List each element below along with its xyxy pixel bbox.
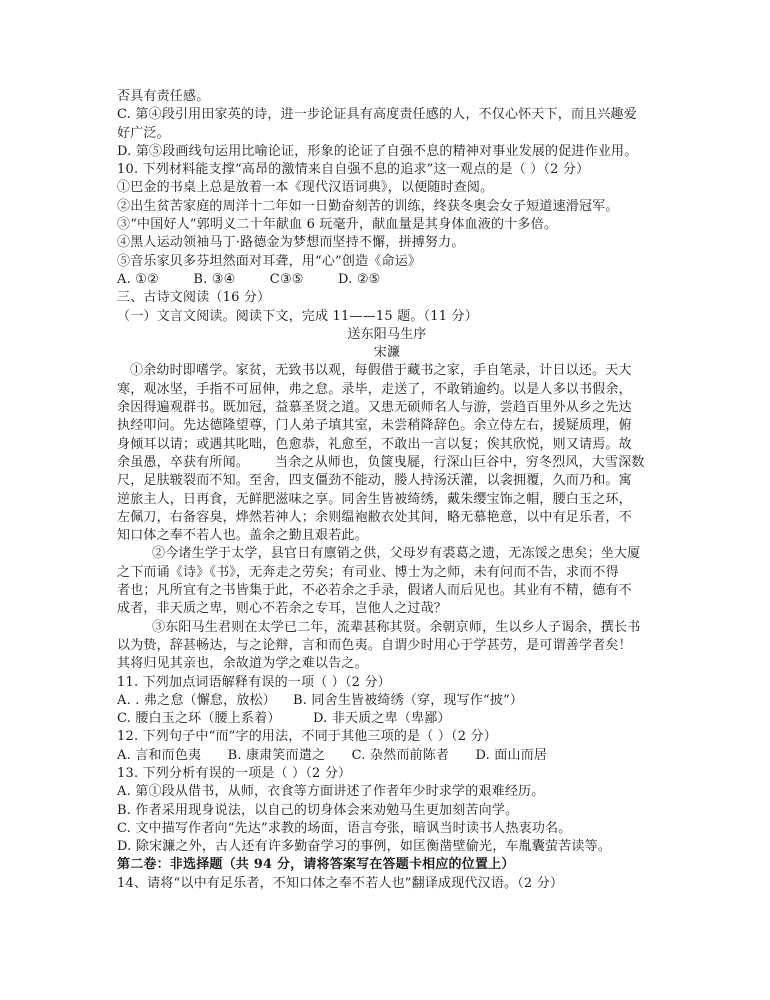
para1-line: 寒，观冰坚，手指不可屈伸，弗之怠。录毕，走送了，不敢销逾约。以是人多以书假余， — [117, 381, 657, 399]
q10-item-1: ①巴金的书桌上总是放着一本《现代汉语词典》，以便随时查阅。 — [117, 179, 657, 197]
q13-option-c: C. 文中描写作者向“先达”求教的场面，语言夸张，暗讽当时读书人热衷功名。 — [117, 820, 657, 838]
para1-line: 余因得遍观群书。既加冠，益慕圣贤之道。又患无硕师名人与游，尝趋百里外从乡之先达 — [117, 399, 657, 417]
q13-option-d: D. 除宋濂之外，古人还有许多勤奋学习的事例，如匡衡凿壁偷光，车胤囊萤苦读等。 — [117, 838, 657, 856]
q12-stem: 12. 下列句子中“而”字的用法，不同于其他三项的是（ ）（2 分） — [117, 728, 657, 746]
para2-line: ②今诸生学于太学，县官日有廪销之供，父母岁有裘葛之遗，无冻馁之患矣；坐大厦 — [117, 545, 657, 563]
q13-stem: 13. 下列分析有误的一项是（ ）（2 分） — [117, 765, 657, 783]
q11-stem: 11. 下列加点词语解释有误的一项（ ）（2 分） — [117, 674, 657, 692]
q12-option-b: B. 康肃笑而遣之 — [228, 748, 326, 763]
q11-option-c: C. 腰白玉之环（腰上系着） — [117, 710, 313, 728]
q14-stem: 14、请将“以中有足乐者，不知口体之奉不若人也”翻译成现代汉语。（2 分） — [117, 875, 657, 893]
q12-option-d: D. 面山而居 — [475, 748, 547, 763]
q9-continued-text: 否具有责任感。 — [117, 88, 657, 106]
q9-option-c: C. 第④段引用田家英的诗，进一步论证具有高度责任感的人，不仅心怀天下，而且兴趣… — [117, 106, 657, 124]
para1-line: 执经叩问。先达德隆望尊，门人弟子填其室，未尝稍降辞色。余立侍左右，援疑质理，俯 — [117, 417, 657, 435]
q11-option-b: B. 同舍生皆被绮绣（穿，现写作“披”） — [293, 693, 523, 708]
para1-line: 逆旅主人，日再食，无鲜肥滋味之享。同舍生皆被绮绣，戴朱缨宝饰之帽，腰白玉之环， — [117, 491, 657, 509]
q10-option-a: A. ①② — [117, 271, 159, 289]
section3-title: 三、古诗文阅读（16 分） — [117, 289, 657, 307]
para1-line: 知口体之奉不若人也。盖余之勤且艰若此。 — [117, 527, 657, 545]
para2-line: 之下而诵《诗》《书》，无奔走之劳矣；有司业、博士为之师，未有问而不告，求而不得 — [117, 564, 657, 582]
para3-line: ③东阳马生君则在太学已二年，流辈甚称其贤。余朝京师，生以乡人子谒余，撰长书 — [117, 619, 657, 637]
para1-line: 尺，足肤皲裂而不知。至舍，四支僵劲不能动，媵人持汤沃灌，以衾拥覆，久而乃和。寓 — [117, 472, 657, 490]
part2-heading: 第二卷：非选择题（共 94 分，请将答案写在答题卡相应的位置上） — [117, 856, 657, 874]
q10-item-2: ②出生贫苦家庭的周洋十二年如一日勤奋刻苦的训练，终获冬奥会女子短道速滑冠军。 — [117, 198, 657, 216]
q10-item-4: ④黑人运动领袖马丁·路德金为梦想而坚持不懈，拼搏努力。 — [117, 234, 657, 252]
q12-option-a: A. 言和而色夷 — [117, 748, 201, 763]
q9-option-d: D. 第⑤段画线句运用比喻论证，形象的论证了自强不息的精神对事业发展的促进作业用… — [117, 143, 657, 161]
para3-line: 以为贽，辞甚畅达，与之论辩，言和而色夷。自谓少时用心于学甚劳，是可谓善学者矣！ — [117, 637, 657, 655]
para2-line: 成者，非天质之卑，则心不若余之专耳，岂他人之过哉？ — [117, 600, 657, 618]
q11-option-d: D. 非天质之卑（卑鄙） — [313, 711, 451, 726]
q10-option-d: D. ②⑤ — [338, 271, 381, 289]
q9-option-c-cont: 好广泛。 — [117, 125, 657, 143]
essay-title: 送东阳马生序 — [117, 326, 657, 344]
q12-option-c: C. 杂然而前陈者 — [352, 748, 450, 763]
q13-option-b: B. 作者采用现身说法，以自己的切身体会来劝勉马生更加刻苦向学。 — [117, 802, 657, 820]
q10-option-b: B. ③④ — [193, 271, 235, 289]
q12-options: A. 言和而色夷 B. 康肃笑而遣之 C. 杂然而前陈者 D. 面山而居 — [117, 747, 657, 765]
essay-author: 宋濂 — [117, 344, 657, 362]
q10-stem: 10. 下列材料能支撑“高昂的激情来自自强不息的追求”这一观点的是（ ）（2 分… — [117, 161, 657, 179]
para1-line: 身倾耳以请；或遇其叱咄，色愈恭，礼愈至，不敢出一言以复；俟其欣悦，则又请焉。故 — [117, 436, 657, 454]
q13-option-a: A. 第①段从借书，从师，衣食等方面讲述了作者年少时求学的艰难经历。 — [117, 783, 657, 801]
para1-line: ①余幼时即嗜学。家贫，无致书以观，每假借于藏书之家，手自笔录，计日以还。天大 — [117, 362, 657, 380]
q10-item-3: ③“中国好人”郭明义二十年献血 6 玩毫升，献血量是其身体血液的十多倍。 — [117, 216, 657, 234]
q10-option-c: C③⑤ — [270, 271, 304, 289]
section3-subtitle: （一）文言文阅读。阅读下文，完成 11——15 题。（11 分） — [117, 308, 657, 326]
exam-page: 否具有责任感。 C. 第④段引用田家英的诗，进一步论证具有高度责任感的人，不仅心… — [117, 88, 657, 893]
para3-line: 其将归见其亲也，余故道为学之难以告之。 — [117, 655, 657, 673]
q11-options-row2: C. 腰白玉之环（腰上系着）D. 非天质之卑（卑鄙） — [117, 710, 657, 728]
para1-line: 左佩刀，右备容臭，烨然若神人；余则缊袍敝衣处其间，略无慕艳意，以中有足乐者，不 — [117, 509, 657, 527]
q11-option-a: A. . 弗之怠（懈怠，放松） — [117, 692, 293, 710]
q10-item-5: ⑤音乐家贝多芬坦然面对耳聋，用“心”创造《命运》 — [117, 253, 657, 271]
q11-options-row1: A. . 弗之怠（懈怠，放松）B. 同舍生皆被绮绣（穿，现写作“披”） — [117, 692, 657, 710]
para2-line: 者也；凡所宜有之书皆集于此，不必若余之手录，假诸人而后见也。其业有不精，德有不 — [117, 582, 657, 600]
para1-line: 余虽愚，卒获有所闻。 当余之从师也，负箧曳屣，行深山巨谷中，穷冬烈风，大雪深数 — [117, 454, 657, 472]
q10-options: A. ①② B. ③④ C③⑤ D. ②⑤ — [117, 271, 657, 289]
